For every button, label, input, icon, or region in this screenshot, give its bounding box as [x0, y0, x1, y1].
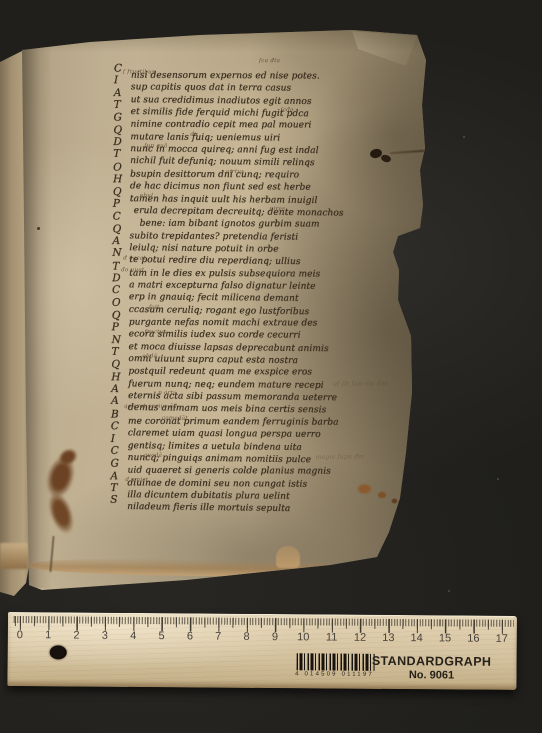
manuscript-line-initial: I — [114, 74, 131, 86]
manuscript-line-initial: B — [111, 408, 128, 420]
interlinear-gloss: uirtus — [226, 169, 244, 175]
manuscript-line-initial: H — [111, 371, 128, 383]
interlinear-gloss: magis ſupa đm — [315, 453, 364, 461]
interlinear-gloss: ebdā — [142, 353, 157, 359]
ruler-number: 3 — [102, 630, 108, 642]
ruler-model-number: No. 9061 — [381, 669, 481, 682]
manuscript-line-initial: Q — [113, 124, 130, 136]
manuscript-line: Guid quaeret si generis colde planius ma… — [110, 458, 330, 471]
interlinear-gloss: ſca đta — [259, 58, 280, 64]
ruler-cm-ticks — [13, 616, 514, 634]
manuscript-line: Cclaremet uiam quasi longua perspa uerro… — [111, 420, 321, 434]
ruler-hanging-hole — [50, 645, 67, 659]
manuscript-line-initial: T — [113, 148, 130, 160]
text-block: Cnisi desensorum expernos ed nise potes.… — [110, 62, 414, 515]
ruler-number: 9 — [272, 631, 278, 643]
interlinear-gloss: ſup quā — [144, 143, 167, 149]
interlinear-gloss: đ uacat — [123, 255, 146, 261]
ruler-number: 13 — [382, 632, 394, 644]
ruler-number: 5 — [158, 630, 164, 642]
interlinear-gloss: ſcđo — [281, 107, 294, 113]
manuscript-line-initial: C — [111, 420, 128, 432]
interlinear-gloss: fuit — [149, 304, 160, 310]
underlying-page-fold — [0, 543, 28, 569]
manuscript-line-initial: Q — [111, 359, 128, 371]
manuscript-line-initial: Q — [112, 309, 129, 321]
manuscript-line: Qpostquil redeunt quam me exspice eroseb… — [111, 359, 312, 372]
dust-speck — [497, 478, 499, 480]
manuscript-line: Isup capitis quos dat in terra casusſ fr… — [114, 74, 291, 87]
manuscript-line: Hde hac dicimus non fiunt sed est herbeu… — [113, 173, 311, 186]
manuscript-line-initial: A — [111, 383, 128, 395]
manuscript-line-initial: C — [112, 284, 129, 296]
interlinear-gloss: fructus — [145, 328, 167, 334]
interlinear-gloss: đ amict — [125, 476, 148, 482]
ruler-number: 7 — [215, 631, 221, 643]
manuscript-line-initial: T — [114, 99, 131, 111]
manuscript-line-initial: D — [112, 272, 129, 284]
manuscript-line-initial: G — [110, 458, 127, 470]
manuscript-line-initial: O — [112, 296, 129, 308]
manuscript-line: Cerp in gnauiq; fecit milicena demant — [112, 284, 299, 298]
ruler-number: 15 — [439, 632, 451, 644]
ruler-number: 16 — [467, 633, 479, 645]
manuscript-line-initial: Q — [113, 223, 130, 235]
manuscript-line: Qsubito trepidantes? pretendia feristi — [113, 223, 299, 236]
manuscript-line: Sniladeum fieris ille mortuis sepulta — [110, 494, 290, 508]
interlinear-gloss: qa erat pprius āđ — [124, 403, 177, 409]
manuscript-line-initial: H — [113, 173, 130, 185]
stain-spot — [404, 503, 408, 507]
ruler: 4 014509 011197 STANDARDGRAPH No. 9061 0… — [7, 612, 517, 690]
interlinear-gloss: ebul — [140, 192, 153, 198]
manuscript-line-initial: G — [113, 112, 130, 124]
manuscript-line-initial: A — [112, 235, 129, 247]
manuscript-line-initial: I — [111, 432, 128, 444]
bottom-edge-bump — [276, 546, 300, 568]
ruler-barcode-digits: 4 014509 011197 — [279, 671, 389, 678]
dust-speck — [463, 136, 465, 138]
ruler-number: 14 — [411, 632, 423, 644]
ruler-number: 2 — [73, 630, 79, 642]
manuscript-line: Pecora similis iudex suo corde cecurri — [112, 321, 301, 334]
manuscript-line: Gnimine contradio cepit mea pal moueriſc… — [113, 112, 311, 125]
manuscript-line-initial: O — [113, 161, 130, 173]
ruler-number: 4 — [130, 630, 136, 642]
interlinear-gloss: quodā — [144, 452, 163, 458]
ruler-number: 6 — [187, 630, 193, 642]
ruler-number: 12 — [354, 632, 366, 644]
manuscript-line-initial: N — [112, 334, 129, 346]
photo-stage: Cnisi desensorum expernos ed nise potes.… — [0, 0, 542, 733]
manuscript-line-initial: A — [114, 87, 131, 99]
manuscript-line-initial: T — [111, 346, 128, 358]
ruler-number: 10 — [297, 631, 309, 643]
manuscript-line-initial: T — [110, 482, 127, 494]
ruler-number: 0 — [17, 629, 23, 641]
ruler-number: 17 — [496, 633, 508, 645]
ruler-brand-text: STANDARDGRAPH — [362, 654, 502, 669]
manuscript-line-initial: Q — [113, 185, 130, 197]
manuscript-line-initial: P — [113, 197, 130, 209]
ruler-number: 8 — [243, 631, 249, 643]
ruler-number: 11 — [326, 631, 338, 643]
manuscript-line: Bme coronat primum eandem ferruginis bar… — [111, 408, 339, 421]
interlinear-gloss: uł ſit ſup oīa đns — [333, 380, 388, 387]
manuscript-line-initial: P — [112, 321, 129, 333]
manuscript-line: Cbene: iam bibant ignotos gurbim suamuir… — [113, 211, 320, 224]
interlinear-gloss: p ortu — [158, 390, 177, 396]
interlinear-gloss: comedāt — [162, 415, 188, 421]
manuscript-line-initial: D — [113, 136, 130, 148]
interlinear-gloss: đo uuat — [121, 267, 144, 273]
ruler-number: 1 — [45, 629, 51, 641]
interlinear-gloss: uires — [270, 206, 286, 212]
manuscript-line-initial: C — [111, 444, 128, 456]
manuscript-line-initial: S — [110, 494, 127, 506]
dust-speck — [448, 590, 450, 592]
manuscript-line-initial: C — [113, 211, 130, 223]
interlinear-gloss: đu — [190, 131, 198, 137]
manuscript-line-text: niladeum fieris ille mortuis sepulta — [127, 502, 290, 514]
interlinear-gloss: ſ fructibus — [123, 69, 155, 75]
manuscript-line: Tnichil fuit defuniq; nouum simili relin… — [113, 148, 315, 163]
manuscript-line: Obsupin desittorum dni cunq; requiro — [113, 161, 299, 174]
ink-speck — [37, 227, 40, 230]
